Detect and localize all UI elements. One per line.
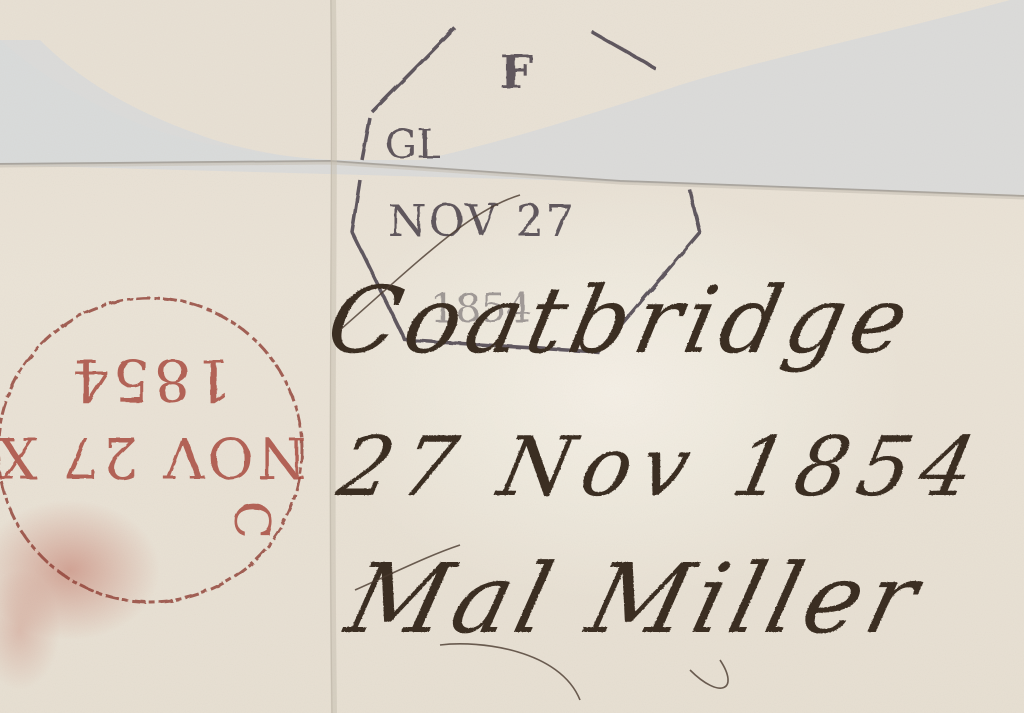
postal-cover-photo: F GLA NOV 27 1854 C NOV 27 X 1854 Coatbr…	[0, 0, 1024, 713]
docket-signature: Mal Miller	[335, 543, 935, 654]
docket-place: Coatbridge	[319, 267, 924, 374]
docket-date: 27 Nov 1854	[330, 419, 994, 515]
handwritten-docket: Coatbridge 27 Nov 1854 Mal Miller	[0, 0, 1024, 713]
